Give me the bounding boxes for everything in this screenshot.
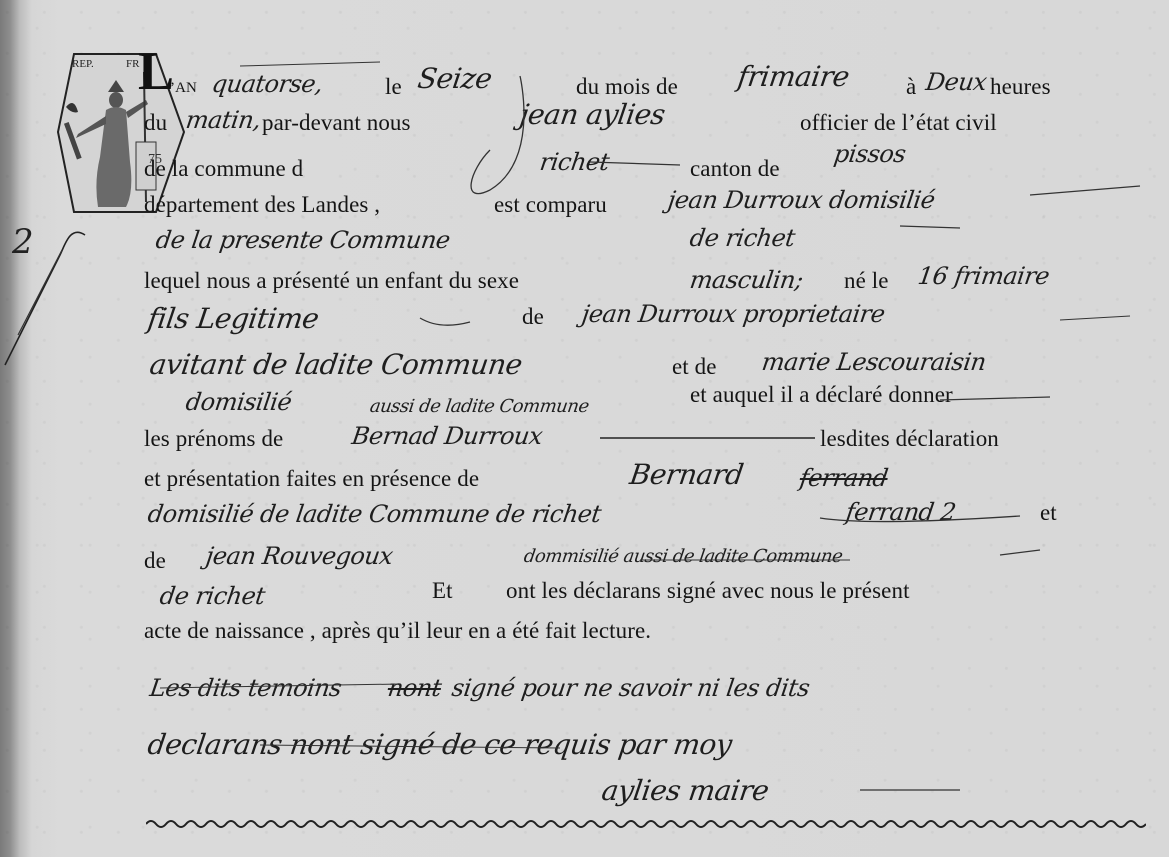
hw-month: frimaire [736, 60, 851, 93]
drop-cap: L [138, 44, 174, 98]
document-page: 2 REP. FR 75 L ’AN quatorse, le Seize du… [0, 0, 1169, 857]
printed-et: et [1040, 500, 1057, 526]
hw-witness2-residence: dommisilié aussi de ladite Commune [523, 546, 844, 567]
hw-mother-residence-2: aussi de ladite Commune [369, 396, 591, 417]
hw-witness1-struck: ferrand [798, 464, 890, 492]
closing-wavy-line [146, 816, 1146, 832]
hw-closing-2: declarans nont signé de ce requis par mo… [146, 728, 734, 761]
hw-closing-struck: nont [386, 674, 443, 702]
printed-et-de: et de [672, 354, 717, 380]
hw-given-names: Bernad Durroux [350, 422, 544, 450]
printed-lesdites: lesdites déclaration [820, 426, 999, 452]
hw-father-residence: avitant de ladite Commune [148, 348, 524, 381]
printed-a: à [906, 74, 916, 100]
hw-witness1-residence: domisilié de ladite Commune de richet [146, 500, 603, 528]
printed-ont-signe: ont les déclarans signé avec nous le pré… [506, 578, 910, 604]
hw-witness1-surname: ferrand 2 [844, 498, 957, 526]
hw-father: jean Durroux proprietaire [580, 300, 886, 328]
printed-presentation: et présentation faites en présence de [144, 466, 479, 492]
printed-est-comparu: est comparu [494, 192, 607, 218]
printed-le: le [385, 74, 402, 100]
printed-departement: département des Landes , [144, 192, 380, 218]
printed-du-mois-de: du mois de [576, 74, 678, 100]
hw-declarant-commune: de richet [688, 224, 797, 252]
margin-record-number: 2 [12, 222, 34, 262]
printed-du: du [144, 110, 167, 136]
hw-commune: richet [538, 148, 611, 176]
printed-de-witness2: de [144, 548, 166, 574]
hw-mother-residence: domisilié [184, 388, 293, 416]
hw-mother: marie Lescouraisin [760, 348, 988, 376]
printed-par-devant-nous: par-devant nous [262, 110, 411, 136]
printed-lequel: lequel nous a présenté un enfant du sexe [144, 268, 519, 294]
printed-de-father: de [522, 304, 544, 330]
printed-auquel: et auquel il a déclaré donner [690, 382, 953, 408]
hw-officer-name: jean aylies [518, 98, 667, 131]
hw-closing-1b: signé pour ne savoir ni les dits [450, 674, 811, 702]
printed-heures: heures [990, 74, 1051, 100]
hw-sex: masculin; [688, 266, 805, 294]
hw-canton: pissos [832, 140, 907, 168]
printed-acte-de-naissance: acte de naissance , après qu’il leur en … [144, 618, 651, 644]
hw-witness1-name: Bernard [628, 458, 746, 491]
hw-time-of-day: matin, [184, 106, 262, 134]
hw-witness2-name: jean Rouvegoux [204, 542, 395, 570]
hw-declarant: jean Durroux domisilié [666, 186, 936, 214]
hw-birth-date: 16 frimaire [916, 262, 1051, 290]
hw-witness2-commune: de richet [158, 582, 267, 610]
officer-signature: aylies maire [600, 774, 771, 807]
hw-day: Seize [416, 62, 494, 95]
hw-closing-1: Les dits temoins [148, 674, 343, 702]
hw-declarant-residence: de la presente Commune [154, 226, 452, 254]
printed-commune: de la commune d [144, 156, 303, 182]
printed-officier: officier de l’état civil [800, 110, 997, 136]
hw-year: quatorse, [210, 70, 324, 98]
stamp-rep-text: REP. [72, 58, 94, 70]
printed-ne-le: né le [844, 268, 889, 294]
printed-an: ’AN [170, 80, 197, 97]
printed-prenoms: les prénoms de [144, 426, 283, 452]
printed-canton-de: canton de [690, 156, 780, 182]
hw-hour: Deux [924, 68, 988, 96]
printed-Et: Et [432, 578, 453, 604]
hw-filiation: fils Legitime [146, 302, 321, 335]
